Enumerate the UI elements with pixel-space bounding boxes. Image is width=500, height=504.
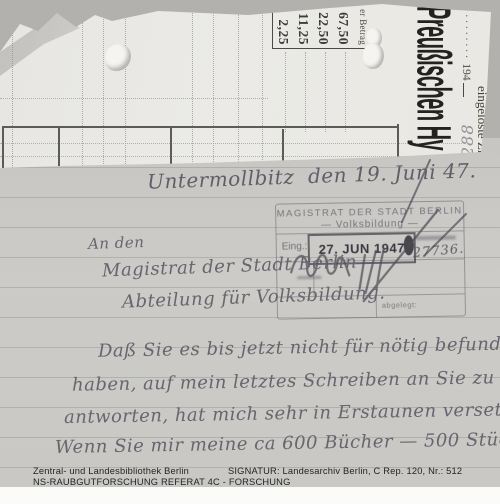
- form-dotted-rule: [213, 0, 214, 170]
- punch-hole: [363, 43, 384, 69]
- handwritten-address-line: An den: [88, 233, 145, 253]
- year-blank-line: [463, 83, 464, 97]
- amount-value: 2,25: [273, 4, 293, 48]
- form-dotted-rule: [262, 0, 263, 170]
- punch-hole: [105, 44, 131, 71]
- form-dotted-rule: [82, 0, 83, 170]
- caption-project: NS-RAUBGUTFORSCHUNG REFERAT 4C - FORSCHU…: [33, 477, 291, 487]
- form-dotted-rule: [285, 52, 286, 132]
- form-dotted-rule: [238, 0, 239, 170]
- form-dotted-rule: [325, 52, 326, 132]
- form-dotted-rule: [12, 0, 13, 170]
- masthead-text: Preußischen Hy: [408, 6, 456, 150]
- form-dotted-rule: [103, 0, 104, 170]
- form-dotted-rule: [0, 98, 268, 99]
- amount-value: 22,50: [313, 4, 333, 48]
- amount-value: 67,50: [333, 4, 353, 48]
- form-table-line: [58, 126, 60, 167]
- form-amounts-table: er Betrag 67,50 22,50 11,25 2,25: [272, 4, 373, 49]
- year-label: 194: [460, 63, 472, 80]
- form-dotted-rule: [345, 52, 346, 132]
- caption-strip: [0, 487, 500, 504]
- form-dotted-rule: [305, 52, 306, 132]
- form-dotted-rule: [192, 0, 193, 170]
- form-dotted-rule: [0, 143, 462, 144]
- form-dotted-rule: [125, 0, 126, 170]
- form-table-line: [2, 126, 398, 128]
- caption-library: Zentral- und Landesbibliothek Berlin: [33, 466, 189, 476]
- dotted-leader: ·········: [460, 8, 472, 60]
- form-table-line: [282, 129, 284, 165]
- torn-corner-fold: [0, 0, 120, 80]
- caption-signature: SIGNATUR: Landesarchiv Berlin, C Rep. 12…: [228, 466, 462, 476]
- scanned-document-page: er Betrag 67,50 22,50 11,25 2,25 ·······…: [0, 0, 500, 504]
- printed-form-sheet: er Betrag 67,50 22,50 11,25 2,25 ·······…: [0, 0, 493, 170]
- form-table-line: [170, 126, 172, 166]
- form-table-line: [2, 126, 4, 168]
- amount-value: 11,25: [293, 4, 313, 48]
